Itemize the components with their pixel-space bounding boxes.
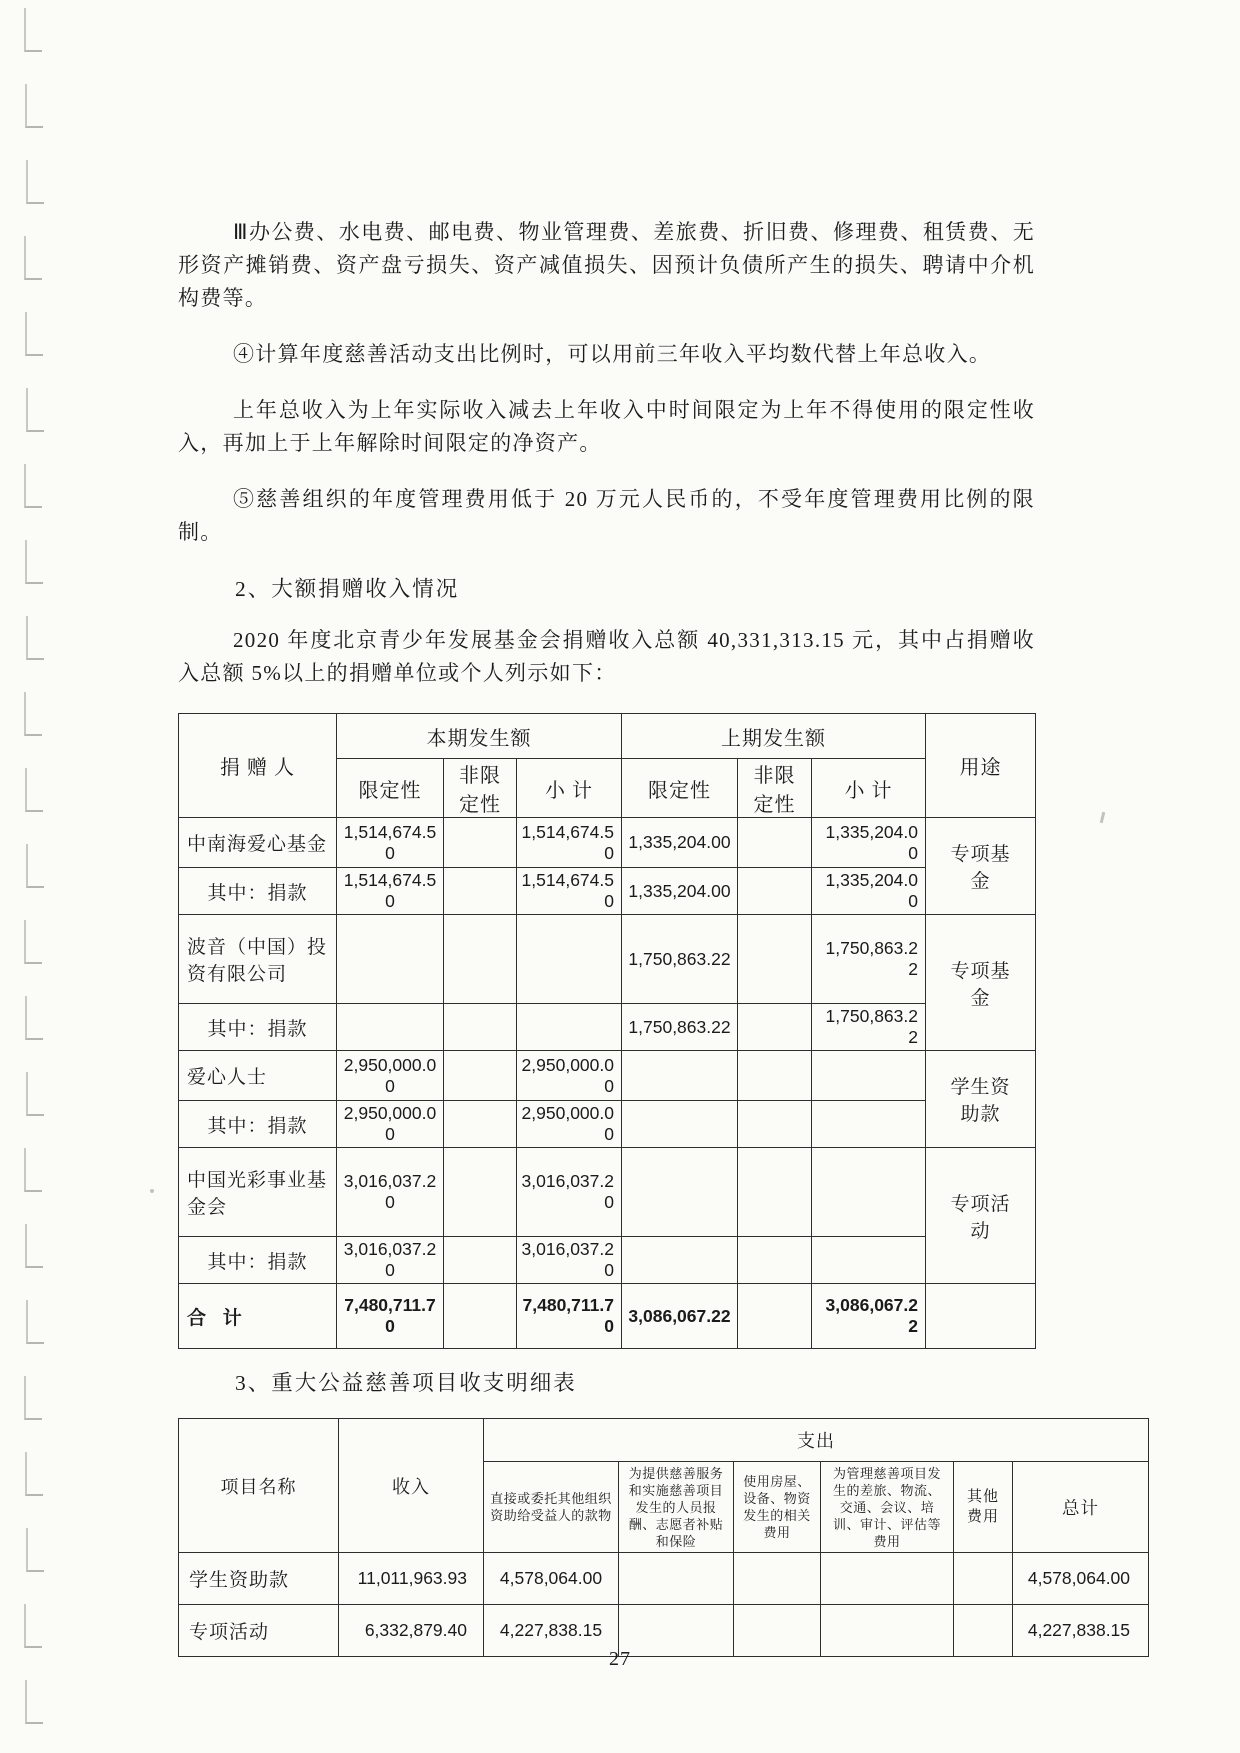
cell-donor: 中南海爱心基金 [179, 818, 337, 868]
cell-unrestricted-current [444, 1284, 517, 1349]
header-subtotal-current: 小 计 [517, 759, 622, 818]
cell-unrestricted-current [444, 1051, 517, 1101]
scan-artifact [150, 1189, 154, 1193]
header-prior-period: 上期发生额 [622, 714, 926, 759]
header-expense-facilities: 使用房屋、设备、物资发生的相关费用 [734, 1462, 821, 1553]
paragraph-note-5: ⑤慈善组织的年度管理费用低于 20 万元人民币的，不受年度管理费用比例的限制。 [178, 483, 1035, 549]
project-table: 项目名称 收入 支出 直接或委托其他组织资助给受益人的款物 为提供慈善服务和实施… [178, 1418, 1149, 1657]
donation-table: 捐 赠 人 本期发生额 上期发生额 用途 限定性 非限定性 小 计 限定性 非限… [178, 713, 1036, 1349]
header-current-period: 本期发生额 [337, 714, 622, 759]
cell-income: 11,011,963.93 [339, 1553, 484, 1605]
cell-restricted-current: 2,950,000.00 [337, 1101, 444, 1148]
cell-unrestricted-prior [738, 1051, 812, 1101]
cell-donor-sub: 其中：捐款 [179, 1237, 337, 1284]
cell-total: 4,578,064.00 [1013, 1553, 1149, 1605]
header-expense-direct-aid: 直接或委托其他组织资助给受益人的款物 [484, 1462, 619, 1553]
cell-purpose [926, 1284, 1036, 1349]
table-row: 波音（中国）投资有限公司 1,750,863.22 1,750,863.22 专… [179, 915, 1036, 1004]
cell-unrestricted-current [444, 915, 517, 1004]
cell-restricted-prior: 1,335,204.00 [622, 868, 738, 915]
cell-restricted-prior [622, 1051, 738, 1101]
cell-restricted-current: 3,016,037.20 [337, 1148, 444, 1237]
header-project-name: 项目名称 [179, 1419, 339, 1553]
table-row: 学生资助款 11,011,963.93 4,578,064.00 4,578,0… [179, 1553, 1149, 1605]
page-number: 27 [0, 1648, 1240, 1671]
cell-unrestricted-prior [738, 1237, 812, 1284]
paragraph-prior-year-income: 上年总收入为上年实际收入减去上年收入中时间限定为上年不得使用的限定性收入，再加上… [178, 394, 1035, 460]
table-row: 其中：捐款 1,750,863.22 1,750,863.22 [179, 1004, 1036, 1051]
cell-unrestricted-prior [738, 1101, 812, 1148]
header-restricted-current: 限定性 [337, 759, 444, 818]
cell-unrestricted-prior [738, 1284, 812, 1349]
table-row: 其中：捐款 1,514,674.50 1,514,674.50 1,335,20… [179, 868, 1036, 915]
cell-project-name: 学生资助款 [179, 1553, 339, 1605]
cell-donor: 中国光彩事业基金会 [179, 1148, 337, 1237]
cell-restricted-current: 1,514,674.50 [337, 818, 444, 868]
cell-unrestricted-prior [738, 818, 812, 868]
cell-unrestricted-prior [738, 868, 812, 915]
cell-donor: 波音（中国）投资有限公司 [179, 915, 337, 1004]
cell-subtotal-current: 3,016,037.20 [517, 1237, 622, 1284]
cell-restricted-current [337, 1004, 444, 1051]
cell-restricted-prior [622, 1148, 738, 1237]
header-expense-other: 其他费用 [954, 1462, 1013, 1553]
cell-management [821, 1553, 954, 1605]
cell-unrestricted-current [444, 868, 517, 915]
cell-unrestricted-prior [738, 1004, 812, 1051]
cell-direct-aid: 4,578,064.00 [484, 1553, 619, 1605]
table-header-row: 项目名称 收入 支出 [179, 1419, 1149, 1462]
table-row: 中国光彩事业基金会 3,016,037.20 3,016,037.20 专项活动 [179, 1148, 1036, 1237]
document-page: Ⅲ办公费、水电费、邮电费、物业管理费、差旅费、折旧费、修理费、租赁费、无形资产摊… [0, 0, 1240, 1753]
cell-donor: 爱心人士 [179, 1051, 337, 1101]
cell-unrestricted-current [444, 1148, 517, 1237]
cell-unrestricted-prior [738, 915, 812, 1004]
cell-subtotal-current: 1,514,674.50 [517, 818, 622, 868]
cell-restricted-prior [622, 1101, 738, 1148]
cell-subtotal-prior: 1,335,204.00 [812, 818, 926, 868]
cell-subtotal-prior: 1,750,863.22 [812, 1004, 926, 1051]
section-2-heading: 2、大额捐赠收入情况 [178, 572, 1035, 603]
binder-marks [0, 0, 60, 1753]
cell-other [954, 1553, 1013, 1605]
cell-donor-sub: 其中：捐款 [179, 1101, 337, 1148]
table-row: 爱心人士 2,950,000.00 2,950,000.00 学生资助款 [179, 1051, 1036, 1101]
cell-donor-sub: 其中：捐款 [179, 1004, 337, 1051]
header-restricted-prior: 限定性 [622, 759, 738, 818]
cell-subtotal-current: 2,950,000.00 [517, 1101, 622, 1148]
cell-purpose: 学生资助款 [926, 1051, 1036, 1148]
cell-subtotal-prior: 3,086,067.22 [812, 1284, 926, 1349]
cell-purpose: 专项基金 [926, 818, 1036, 915]
cell-unrestricted-current [444, 1101, 517, 1148]
header-expense-management: 为管理慈善项目发生的差旅、物流、交通、会议、培训、审计、评估等费用 [821, 1462, 954, 1553]
table-row: 其中：捐款 3,016,037.20 3,016,037.20 [179, 1237, 1036, 1284]
header-total: 总计 [1013, 1462, 1149, 1553]
cell-subtotal-current [517, 915, 622, 1004]
cell-donor-sub: 其中：捐款 [179, 868, 337, 915]
cell-restricted-current: 3,016,037.20 [337, 1237, 444, 1284]
header-expense-personnel: 为提供慈善服务和实施慈善项目发生的人员报酬、志愿者补贴和保险 [619, 1462, 734, 1553]
page-content: Ⅲ办公费、水电费、邮电费、物业管理费、差旅费、折旧费、修理费、租赁费、无形资产摊… [178, 216, 1035, 1657]
scan-artifact [1100, 812, 1106, 823]
header-expense: 支出 [484, 1419, 1149, 1462]
cell-subtotal-current: 3,016,037.20 [517, 1148, 622, 1237]
cell-personnel [619, 1553, 734, 1605]
cell-unrestricted-current [444, 1237, 517, 1284]
cell-purpose: 专项活动 [926, 1148, 1036, 1284]
paragraph-expense-items: Ⅲ办公费、水电费、邮电费、物业管理费、差旅费、折旧费、修理费、租赁费、无形资产摊… [178, 216, 1035, 315]
header-unrestricted-prior: 非限定性 [738, 759, 812, 818]
cell-unrestricted-prior [738, 1148, 812, 1237]
paragraph-note-4: ④计算年度慈善活动支出比例时，可以用前三年收入平均数代替上年总收入。 [178, 338, 1035, 371]
cell-subtotal-current: 2,950,000.00 [517, 1051, 622, 1101]
cell-restricted-current: 1,514,674.50 [337, 868, 444, 915]
cell-restricted-prior: 3,086,067.22 [622, 1284, 738, 1349]
cell-total-label: 合 计 [179, 1284, 337, 1349]
cell-restricted-prior: 1,750,863.22 [622, 1004, 738, 1051]
section-3-heading: 3、重大公益慈善项目收支明细表 [178, 1366, 1035, 1397]
header-income: 收入 [339, 1419, 484, 1553]
table-row: 中南海爱心基金 1,514,674.50 1,514,674.50 1,335,… [179, 818, 1036, 868]
table-header-row: 捐 赠 人 本期发生额 上期发生额 用途 [179, 714, 1036, 759]
cell-restricted-prior: 1,335,204.00 [622, 818, 738, 868]
cell-restricted-prior [622, 1237, 738, 1284]
cell-subtotal-prior [812, 1148, 926, 1237]
cell-subtotal-current: 7,480,711.70 [517, 1284, 622, 1349]
cell-subtotal-prior: 1,750,863.22 [812, 915, 926, 1004]
cell-restricted-current [337, 915, 444, 1004]
cell-facilities [734, 1553, 821, 1605]
table-row: 其中：捐款 2,950,000.00 2,950,000.00 [179, 1101, 1036, 1148]
cell-subtotal-prior [812, 1101, 926, 1148]
cell-unrestricted-current [444, 1004, 517, 1051]
header-donor: 捐 赠 人 [179, 714, 337, 818]
header-purpose: 用途 [926, 714, 1036, 818]
cell-restricted-current: 7,480,711.70 [337, 1284, 444, 1349]
cell-subtotal-current [517, 1004, 622, 1051]
header-subtotal-prior: 小 计 [812, 759, 926, 818]
cell-restricted-current: 2,950,000.00 [337, 1051, 444, 1101]
cell-unrestricted-current [444, 818, 517, 868]
section-2-intro: 2020 年度北京青少年发展基金会捐赠收入总额 40,331,313.15 元，… [178, 624, 1035, 690]
cell-restricted-prior: 1,750,863.22 [622, 915, 738, 1004]
cell-subtotal-prior [812, 1237, 926, 1284]
cell-subtotal-prior: 1,335,204.00 [812, 868, 926, 915]
cell-subtotal-current: 1,514,674.50 [517, 868, 622, 915]
cell-subtotal-prior [812, 1051, 926, 1101]
table-total-row: 合 计 7,480,711.70 7,480,711.70 3,086,067.… [179, 1284, 1036, 1349]
cell-purpose: 专项基金 [926, 915, 1036, 1051]
header-unrestricted-current: 非限定性 [444, 759, 517, 818]
